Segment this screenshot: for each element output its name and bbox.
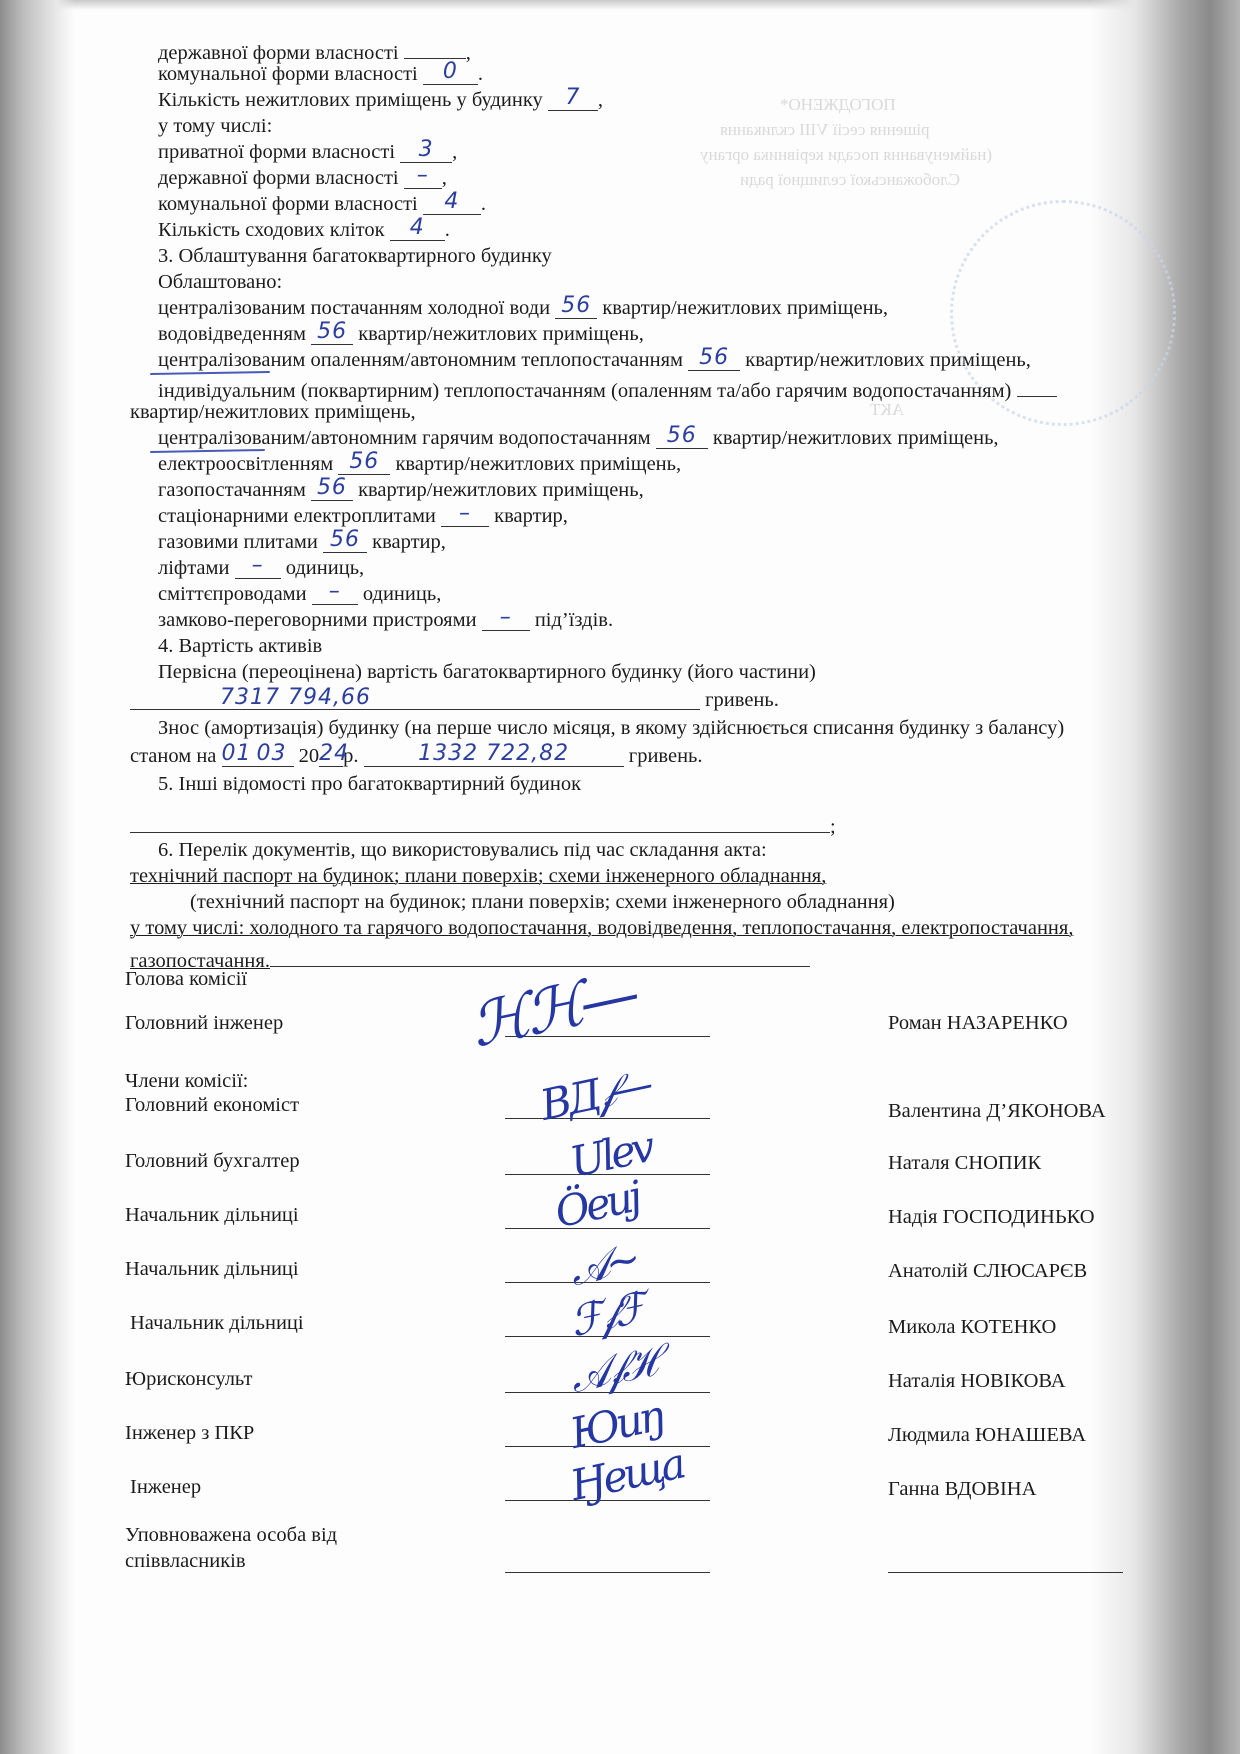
garbage-chutes-field[interactable]: – bbox=[312, 582, 358, 605]
intercoms-row: замково-переговорними пристроями – під’ї… bbox=[158, 608, 613, 632]
signatory-name: Людмила ЮНАШЕВА bbox=[888, 1424, 1086, 1447]
signatory-role: Головний бухгалтер bbox=[125, 1150, 300, 1173]
signatory-name: Анатолій СЛЮСАРЄВ bbox=[888, 1260, 1087, 1283]
signatory-role: Начальник дільниці bbox=[125, 1204, 299, 1227]
bleed-through-text: (найменування посади керівника органу bbox=[700, 145, 992, 165]
equipped-label: Облаштовано: bbox=[158, 270, 282, 294]
equip-item-cold-water: централізованим постачанням холодної вод… bbox=[158, 296, 888, 320]
electric-stoves-row: стаціонарними електроплитами – квартир, bbox=[158, 504, 568, 528]
section3-title: 3. Облаштування багатоквартирного будинк… bbox=[158, 244, 552, 268]
communal-ownership-field-2[interactable]: 4 bbox=[423, 192, 481, 215]
signatory-role: Юрисконсульт bbox=[125, 1368, 252, 1391]
owners-rep-label-1: Уповноважена особа від bbox=[125, 1524, 337, 1547]
as-of-year-field[interactable]: 24 bbox=[319, 744, 343, 767]
commission-head-label: Голова комісії bbox=[125, 968, 247, 991]
state-ownership-field[interactable] bbox=[404, 36, 466, 59]
depreciation-row: станом на 0103 2024р. 1332 722,82 гривен… bbox=[130, 744, 703, 768]
heating-field[interactable]: 56 bbox=[688, 348, 740, 371]
other-info-field[interactable] bbox=[130, 810, 830, 833]
bleed-through-text: Слобожанської селищної ради bbox=[740, 170, 960, 190]
state-ownership-field-2[interactable]: – bbox=[404, 166, 442, 189]
owners-rep-name-line[interactable] bbox=[888, 1572, 1123, 1573]
signatory-name: Ганна ВДОВІНА bbox=[888, 1478, 1036, 1501]
signatory-role: Начальник дільниці bbox=[125, 1258, 299, 1281]
signatory-name: Микола КОТЕНКО bbox=[888, 1316, 1056, 1339]
bleed-through-text: рішення сесії VIII скликання bbox=[720, 120, 930, 140]
equip-item-individual-heating: індивідуальним (поквартирним) теплопоста… bbox=[158, 374, 1057, 403]
documents-line-1: технічний паспорт на будинок; плани пове… bbox=[130, 864, 826, 888]
signature-mark: ВД𝒻— bbox=[536, 1059, 654, 1131]
section5-title: 5. Інші відомості про багатоквартирний б… bbox=[158, 772, 581, 796]
signature-line[interactable] bbox=[505, 1228, 710, 1229]
section5-row: ; bbox=[130, 810, 836, 839]
elevators-field[interactable]: – bbox=[235, 556, 281, 579]
garbage-chutes-row: сміттєпроводами – одиниць, bbox=[158, 582, 441, 606]
signatory-name: Наталія НОВІКОВА bbox=[888, 1370, 1066, 1393]
signatory-name: Наталя СНОПИК bbox=[888, 1152, 1041, 1175]
signatory-name: Надія ГОСПОДИНЬКО bbox=[888, 1206, 1095, 1229]
cold-water-field[interactable]: 56 bbox=[555, 296, 597, 319]
depreciation-value-field[interactable]: 1332 722,82 bbox=[364, 744, 624, 767]
gas-stoves-field[interactable]: 56 bbox=[323, 530, 367, 553]
state-row: державної форми власності –, bbox=[158, 166, 447, 190]
nonres-count-row: Кількість нежитлових приміщень у будинку… bbox=[158, 88, 603, 112]
as-of-month-field[interactable]: 03 bbox=[250, 744, 294, 767]
signatory-role: Головний інженер bbox=[125, 1012, 283, 1035]
initial-value-field[interactable]: 7317 794,66 bbox=[130, 688, 700, 710]
private-ownership-field[interactable]: 3 bbox=[400, 140, 452, 163]
electric-lighting-field[interactable]: 56 bbox=[338, 452, 390, 475]
electric-stoves-field[interactable]: – bbox=[441, 504, 489, 527]
sewerage-field[interactable]: 56 bbox=[311, 322, 353, 345]
communal-ownership-field[interactable]: 0 bbox=[423, 62, 478, 85]
individual-heating-suffix: квартир/нежитлових приміщень, bbox=[130, 400, 416, 424]
bleed-through-text: АКТ bbox=[870, 400, 904, 420]
staircases-row: Кількість сходових кліток 4. bbox=[158, 218, 450, 242]
documents-extra-field[interactable] bbox=[270, 944, 810, 967]
including-label: у тому числі: bbox=[158, 114, 272, 138]
communal-row: комунальної форми власності 4. bbox=[158, 192, 486, 216]
nonres-state-row: державної форми власності , bbox=[158, 36, 471, 65]
section4-title: 4. Вартість активів bbox=[158, 634, 322, 658]
gas-stoves-row: газовими плитами 56 квартир, bbox=[158, 530, 446, 554]
equip-item-gas: газопостачанням 56 квартир/нежитлових пр… bbox=[158, 478, 644, 502]
owners-rep-label-2: співвласників bbox=[125, 1550, 246, 1573]
scan-shadow-left bbox=[0, 0, 75, 1754]
equip-item-heating: централізованим опаленням/автономним теп… bbox=[158, 348, 1031, 372]
documents-hint: (технічний паспорт на будинок; плани пов… bbox=[190, 890, 895, 914]
signatory-role: Інженер з ПКР bbox=[125, 1422, 254, 1445]
gas-field[interactable]: 56 bbox=[311, 478, 353, 501]
signatory-role: Інженер bbox=[130, 1476, 201, 1499]
staircases-field[interactable]: 4 bbox=[390, 218, 445, 241]
nonres-communal-row: комунальної форми власності 0. bbox=[158, 62, 483, 86]
scan-shadow-top bbox=[0, 0, 1240, 10]
signatory-name: Роман НАЗАРЕНКО bbox=[888, 1012, 1068, 1035]
signatory-role: Начальник дільниці bbox=[130, 1312, 304, 1335]
depreciation-label: Знос (амортизація) будинку (на перше чис… bbox=[158, 716, 1064, 740]
nonres-count-field[interactable]: 7 bbox=[548, 88, 598, 111]
commission-members-label: Члени комісії: bbox=[125, 1070, 248, 1093]
documents-line-2: у тому числі: холодного та гарячого водо… bbox=[130, 916, 1073, 940]
initial-value-row: 7317 794,66 гривень. bbox=[130, 688, 779, 712]
equip-item-electric-lighting: електроосвітленням 56 квартир/нежитлових… bbox=[158, 452, 681, 476]
section6-title: 6. Перелік документів, що використовувал… bbox=[158, 838, 767, 862]
as-of-day-field[interactable]: 01 bbox=[222, 744, 250, 767]
hot-water-field[interactable]: 56 bbox=[656, 426, 708, 449]
individual-heating-field[interactable] bbox=[1017, 374, 1057, 397]
signatory-name: Валентина Д’ЯКОНОВА bbox=[888, 1100, 1106, 1123]
equip-item-hot-water: централізованим/автономним гарячим водоп… bbox=[158, 426, 999, 450]
signature-mark: ℋℋ— bbox=[465, 958, 643, 1061]
bleed-through-text: ПОГОДЖЕНО* bbox=[780, 95, 896, 115]
owners-rep-signature-line[interactable] bbox=[505, 1572, 710, 1573]
intercoms-field[interactable]: – bbox=[482, 608, 530, 631]
equip-item-sewerage: водовідведенням 56 квартир/нежитлових пр… bbox=[158, 322, 644, 346]
private-row: приватної форми власності 3, bbox=[158, 140, 457, 164]
elevators-row: ліфтами – одиниць, bbox=[158, 556, 364, 580]
initial-value-label: Первісна (переоцінена) вартість багатокв… bbox=[158, 660, 816, 684]
signatory-role: Головний економіст bbox=[125, 1094, 299, 1117]
signature-line[interactable] bbox=[505, 1118, 710, 1119]
